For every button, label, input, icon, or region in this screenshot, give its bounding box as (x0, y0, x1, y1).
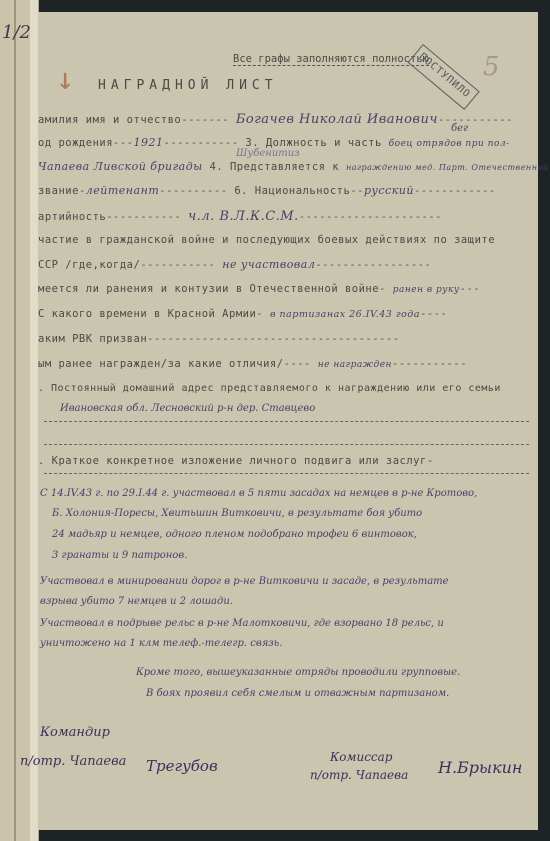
field-unit-nomination: Чапаева Ливской бригады 4. Представляетс… (38, 160, 550, 173)
nationality-value: русский (364, 184, 414, 197)
commissar-title: Комиссар (330, 750, 392, 764)
binder-left-page: 1/2 (0, 0, 31, 841)
narrative-line: В боях проявил себя смелым и отважным па… (146, 688, 449, 699)
birth-value: 1921 (134, 136, 164, 149)
commander-signature: Трегубов (146, 757, 218, 775)
narrative-line: 3 гранаты и 9 патронов. (52, 550, 187, 561)
field-party: артийность----------- ч.л. В.Л.К.С.М.---… (38, 209, 442, 224)
field-civil-war: частие в гражданской войне и последующих… (38, 234, 495, 246)
instruction-header: Все графы заполняются полностью (233, 53, 429, 66)
civil-war-label2: ССР /где,когда/ (38, 259, 140, 271)
field-rank-nationality: звание-лейтенант---------- 6. Национальн… (38, 184, 496, 197)
binder-mark: 1/2 (2, 22, 31, 43)
field-awards: ым ранее награжден/за какие отличия/----… (38, 358, 467, 370)
award-sheet: Все графы заполняются полностью ПОСТУПИЛ… (38, 12, 538, 830)
page-number: 5 (483, 52, 500, 82)
narrative-line: Участвовал в подрыве рельс в р-не Малотк… (40, 618, 444, 629)
divider (44, 444, 529, 445)
field-rvk: аким РВК призван------------------------… (38, 333, 400, 345)
summary-label: . Краткое конкретное изложение личного п… (38, 455, 434, 467)
received-stamp: ПОСТУПИЛО (408, 44, 480, 110)
binder-edge (14, 0, 16, 841)
narrative-line: С 14.IV.43 г. по 29.I.44 г. участвовал в… (40, 488, 477, 499)
wounds-label: меется ли ранения и контузии в Отечестве… (38, 283, 379, 295)
commander-unit: п/отр. Чапаева (20, 754, 126, 769)
narrative-line: Участвовал в минировании дорог в р-не Ви… (40, 576, 449, 587)
party-label: артийность (38, 211, 106, 223)
red-arrow-mark-icon: ↓ (56, 62, 74, 97)
field-since: С какого времени в Красной Армии- в парт… (38, 308, 447, 320)
nominated-label: 4. Представляется к (210, 161, 340, 173)
position-value: боец отрядов при пол- (389, 139, 510, 149)
divider (44, 421, 529, 422)
field-name: амилия имя и отчество------- Богачев Ник… (38, 112, 513, 127)
narrative-line: взрыва убито 7 немцев и 2 лошади. (40, 596, 233, 607)
birth-label: од рождения (38, 137, 113, 149)
commander-title: Командир (40, 725, 110, 740)
awards-label: ым ранее награжден/за какие отличия/ (38, 358, 284, 370)
nominated-value: награждению мед. Парт. Отечественной вой… (346, 163, 550, 172)
commissar-unit: п/отр. Чапаева (310, 768, 408, 782)
nationality-label: 6. Национальность (234, 185, 350, 197)
field-civil-war-when: ССР /где,когда/----------- не участвовал… (38, 258, 431, 271)
narrative-line: 24 мадьяр и немцев, одного пленом подобр… (52, 529, 417, 540)
narrative-line: Кроме того, вышеуказанные отряды проводи… (136, 667, 460, 678)
field-address: . Постоянный домашний адрес представляем… (38, 383, 501, 394)
name-value: Богачев Николай Иванович (236, 112, 438, 127)
unit-note: Шубенитиз (236, 148, 300, 159)
rank-label: звание (38, 185, 79, 197)
unit-value: Чапаева Ливской бригады (38, 160, 203, 173)
since-value: в партизанах 26.IV.43 года (270, 309, 420, 320)
narrative-line: уничтожено на 1 клм телеф.-телегр. связь… (40, 638, 282, 649)
field-wounds: меется ли ранения и контузии в Отечестве… (38, 283, 480, 295)
divider (44, 473, 529, 474)
commissar-signature: Н.Брыкин (438, 758, 522, 777)
position-note: бег (451, 123, 468, 134)
civil-war-value: не участвовал (222, 258, 315, 271)
name-label: амилия имя и отчество (38, 114, 181, 126)
narrative-line: Б. Холония-Поресы, Хвитьшин Витковичи, в… (52, 508, 422, 519)
wounds-value: ранен в руку (393, 285, 460, 295)
address-value: Ивановская обл. Лесновский р-н дер. Став… (60, 403, 315, 414)
party-value: ч.л. В.Л.К.С.М. (188, 209, 299, 224)
document-title: НАГРАДНОЙ ЛИСТ (98, 78, 278, 93)
since-label: С какого времени в Красной Армии (38, 308, 256, 320)
rvk-label: аким РВК призван (38, 333, 147, 345)
awards-value: не награжден (318, 360, 392, 370)
rank-value: лейтенант (86, 184, 160, 197)
